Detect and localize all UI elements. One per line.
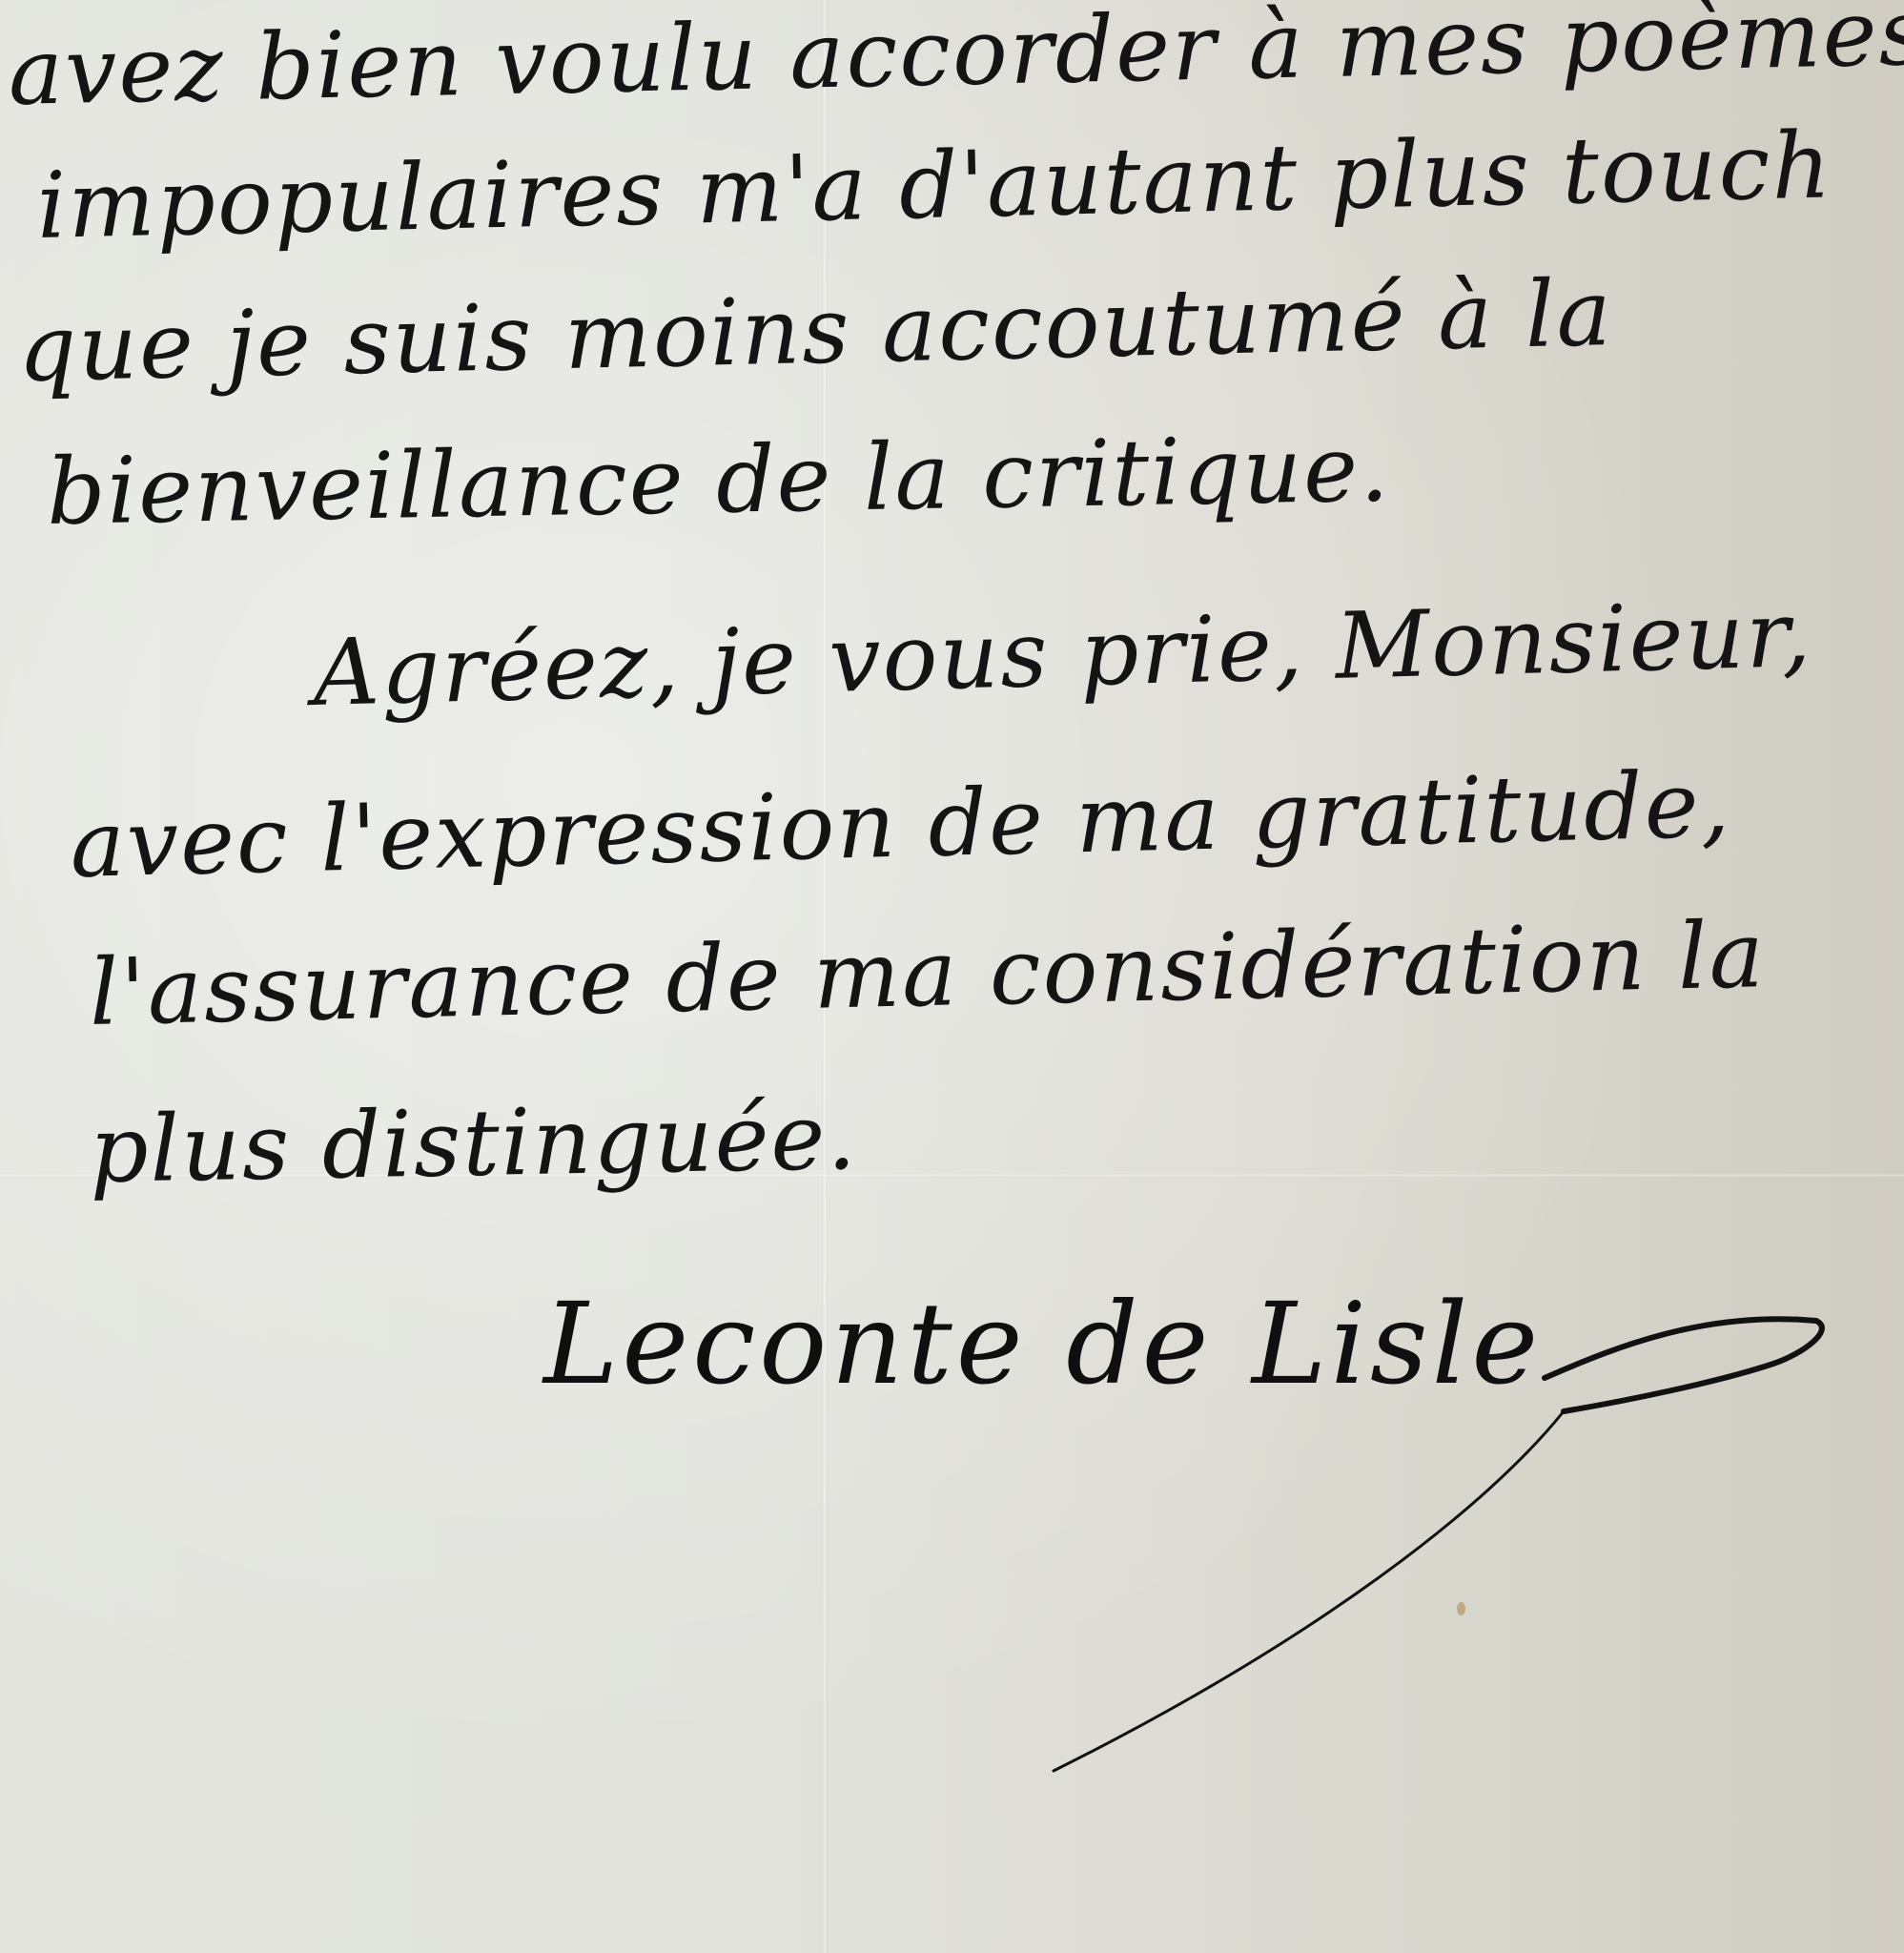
ink-stain-spot xyxy=(1457,1602,1465,1615)
letter-line-8: plus distinguée. xyxy=(89,1083,859,1203)
signature: Leconte de Lisle xyxy=(543,1278,1542,1409)
